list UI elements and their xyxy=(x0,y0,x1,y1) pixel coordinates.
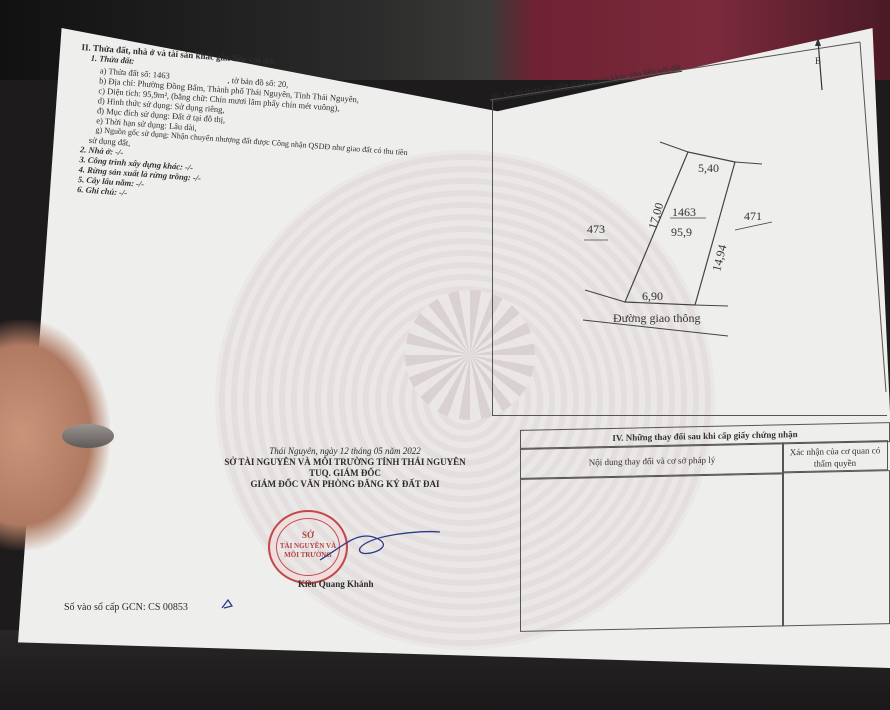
fingernail xyxy=(62,424,114,448)
office-title: GIÁM ĐỐC VĂN PHÒNG ĐĂNG KÝ ĐẤT ĐAI xyxy=(180,479,510,490)
changes-table: IV. Những thay đổi sau khi cấp giấy chứn… xyxy=(520,422,890,630)
stamp-line-2: TÀI NGUYÊN VÀ xyxy=(270,542,346,550)
plot-frame xyxy=(492,100,887,416)
signer-name: Kiều Quang Khánh xyxy=(298,580,374,589)
change-content-cell xyxy=(520,472,784,632)
on-behalf-of: TUQ. GIÁM ĐỐC xyxy=(180,468,510,479)
stamp-line-3: MÔI TRƯỜNG xyxy=(270,551,346,559)
authority-confirmation-cell xyxy=(782,470,890,626)
register-number: Số vào sổ cấp GCN: CS 00853 xyxy=(64,603,188,613)
stamp-line-1: SỞ xyxy=(270,530,346,540)
place-date: Thái Nguyên, ngày 12 tháng 05 năm 2022 xyxy=(180,446,510,457)
column-authority-confirmation: Xác nhận của cơ quan có thẩm quyền xyxy=(782,440,888,472)
red-seal-stamp: SỞ TÀI NGUYÊN VÀ MÔI TRƯỜNG xyxy=(268,510,348,584)
signature-block: Thái Nguyên, ngày 12 tháng 05 năm 2022 S… xyxy=(180,446,510,490)
issuing-agency: SỞ TÀI NGUYÊN VÀ MÔI TRƯỜNG TỈNH THÁI NG… xyxy=(180,457,510,468)
